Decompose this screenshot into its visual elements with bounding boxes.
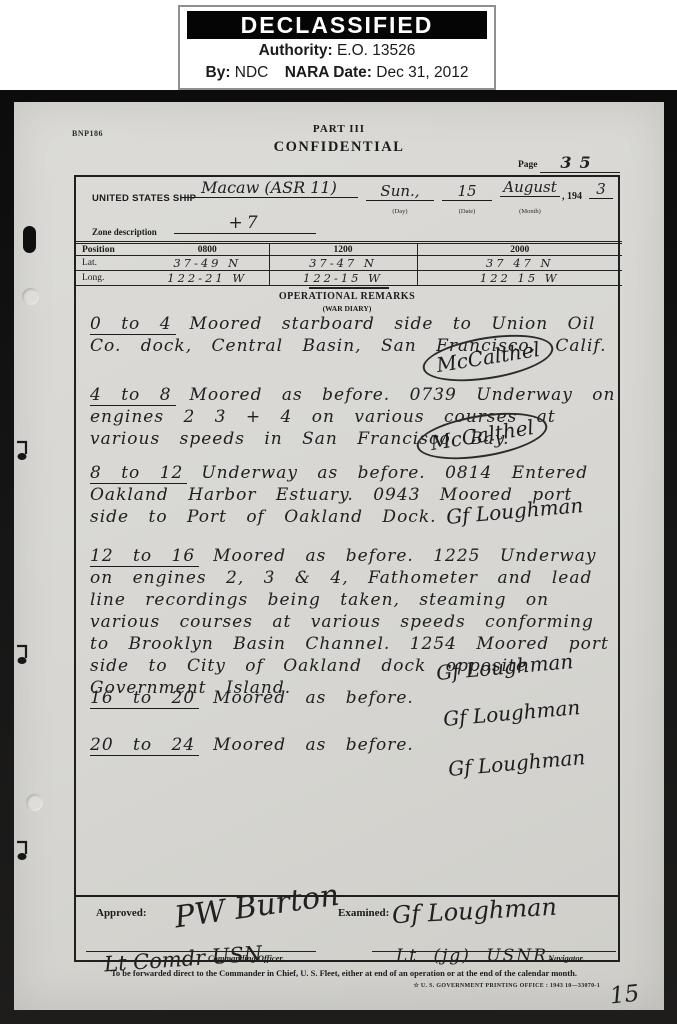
stamp-by-line: By: NDC NARA Date: Dec 31, 2012 xyxy=(187,62,487,83)
page-number-line: Page35 xyxy=(518,152,620,172)
page-number-handwritten: 35 xyxy=(540,153,620,173)
examined-label: Examined: xyxy=(338,907,389,919)
remarks-title: OPERATIONAL REMARKS xyxy=(76,291,618,302)
nara-date-value: Dec 31, 2012 xyxy=(376,64,468,81)
fastener-mark-icon xyxy=(16,838,30,867)
by-label: By: xyxy=(206,64,231,81)
ship-name-field: Macaw (ASR 11) xyxy=(180,178,358,198)
navigator-rank: Lt (jg) USNR. xyxy=(396,946,555,966)
fastener-mark-icon xyxy=(16,642,30,671)
zone-description-value: +7 xyxy=(174,213,316,234)
position-table: Position 0800 1200 2000 Lat. 37-49 N 37-… xyxy=(76,241,622,286)
gpo-imprint: ☆ U. S. GOVERNMENT PRINTING OFFICE : 194… xyxy=(413,982,600,989)
war-diary-page: BNP186 PART III CONFIDENTIAL Page35 UNIT… xyxy=(14,102,664,1010)
approved-label: Approved: xyxy=(96,907,147,919)
position-table-header-row: Position 0800 1200 2000 xyxy=(76,243,622,256)
nara-date-label: NARA Date: xyxy=(285,64,372,81)
lat-1200: 37-47 N xyxy=(269,256,417,271)
month-caption: (Month) xyxy=(500,208,560,215)
entry-time-range: 8 to 12 xyxy=(90,463,187,484)
year-printed: , 194 xyxy=(562,191,582,202)
remarks-subtitle: (WAR DIARY) xyxy=(76,304,618,313)
table-row: Long. 122-21 W 122-15 W 122 15 W xyxy=(76,271,622,286)
navigator-signature: Gf Loughman xyxy=(391,893,557,930)
entry-time-range: 20 to 24 xyxy=(90,735,199,756)
war-diary-entry: 12 to 16Moored as before. 1225 Underway … xyxy=(90,545,622,699)
position-header: Position xyxy=(76,243,146,256)
binder-hole-icon xyxy=(23,226,36,253)
col-0800-header: 0800 xyxy=(146,243,269,256)
entry-time-range: 16 to 20 xyxy=(90,688,199,709)
part-title: PART III xyxy=(14,123,664,135)
entry-text: Moored as before. xyxy=(213,688,414,708)
zone-description-label: Zone description xyxy=(92,227,157,237)
by-value: NDC xyxy=(235,64,269,81)
entry-time-range: 4 to 8 xyxy=(90,385,176,406)
commanding-officer-signature: PW Burton xyxy=(172,878,341,936)
page-label: Page xyxy=(518,160,538,170)
date-caption: (Date) xyxy=(442,208,492,215)
entry-time-range: 12 to 16 xyxy=(90,546,199,567)
lat-label: Lat. xyxy=(76,256,146,271)
lat-0800: 37-49 N xyxy=(146,256,269,271)
long-0800: 122-21 W xyxy=(146,271,269,286)
declassified-banner: DECLASSIFIED xyxy=(187,11,487,39)
fastener-mark-icon xyxy=(16,438,30,467)
punch-hole-icon xyxy=(22,288,39,305)
day-caption: (Day) xyxy=(366,208,434,215)
month-field: August xyxy=(500,178,560,197)
day-field: Sun., xyxy=(366,182,434,201)
long-1200: 122-15 W xyxy=(269,271,417,286)
lat-2000: 37 47 N xyxy=(417,256,622,271)
declassified-title: DECLASSIFIED xyxy=(241,12,434,38)
year-digit-field: 3 xyxy=(589,180,613,199)
scan-background: BNP186 PART III CONFIDENTIAL Page35 UNIT… xyxy=(0,90,677,1024)
col-1200-header: 1200 xyxy=(269,243,417,256)
forwarding-instruction: To be forwarded direct to the Commander … xyxy=(64,968,624,978)
long-label: Long. xyxy=(76,271,146,286)
war-diary-form: UNITED STATES SHIP Macaw (ASR 11) Sun., … xyxy=(74,175,620,962)
table-row: Lat. 37-49 N 37-47 N 37 47 N xyxy=(76,256,622,271)
entry-text: Moored as before. xyxy=(213,735,414,755)
sheet-number-handwritten: 15 xyxy=(609,981,641,1010)
col-2000-header: 2000 xyxy=(417,243,622,256)
punch-hole-icon xyxy=(26,794,43,811)
declassified-stamp: DECLASSIFIED Authority: E.O. 13526 By: N… xyxy=(178,5,496,90)
authority-value: E.O. 13526 xyxy=(337,42,415,59)
long-2000: 122 15 W xyxy=(417,271,622,286)
stamp-authority-line: Authority: E.O. 13526 xyxy=(187,40,487,61)
war-diary-entry: 4 to 8Moored as before. 0739 Underway on… xyxy=(90,384,622,450)
date-field: 15 xyxy=(442,182,492,201)
war-diary-entries: 0 to 4Moored starboard side to Union Oil… xyxy=(90,313,622,833)
entry-time-range: 0 to 4 xyxy=(90,314,176,335)
remarks-divider xyxy=(309,287,389,289)
authority-label: Authority: xyxy=(259,42,333,59)
